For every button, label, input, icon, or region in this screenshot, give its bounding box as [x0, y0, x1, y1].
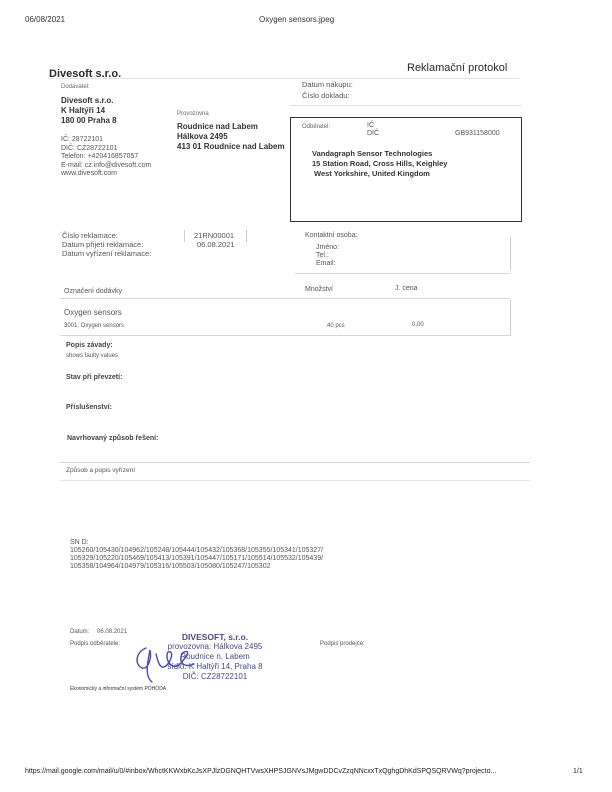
contact-phone-label: Tel.:	[316, 252, 329, 259]
col-unit-price-header: J. cena	[395, 285, 418, 292]
branch-address: Roudnice nad Labem Hálkova 2495 413 01 R…	[177, 122, 285, 152]
divider	[510, 236, 511, 270]
supplier-label: Dodavatel:	[61, 84, 90, 90]
purchase-date-label: Datum nákupu:	[302, 81, 353, 90]
item-designation: 3001: Oxygen sensors	[64, 323, 124, 329]
print-date: 06/08/2021	[25, 15, 65, 24]
serial-numbers-line2: 105329/105220/105469/105413/105391/10544…	[70, 555, 323, 563]
customer-dic-label: DIČ	[367, 130, 379, 137]
supplier-ic: IČ: 28722101	[61, 136, 151, 145]
seller-signature-label: Podpis prodejce:	[320, 641, 365, 647]
contact-email-label: Email:	[316, 260, 335, 267]
divider	[60, 462, 530, 463]
customer-dic-value: GB931158000	[455, 130, 500, 137]
signature-date-value: 06.08.2021	[97, 629, 127, 635]
defect-value: shows faulty values	[66, 353, 118, 359]
customer-address-line1: 15 Station Road, Cross Hills, Keighley	[312, 159, 447, 169]
divider	[510, 300, 511, 336]
supplier-name: Divesoft s.r.o.	[61, 96, 117, 106]
divider	[60, 335, 510, 336]
proposed-solution-label: Navrhovaný způsob řešení:	[67, 435, 158, 442]
supplier-street: K Haltýři 14	[61, 106, 117, 116]
customer-address-line2: West Yorkshire, United Kingdom	[314, 169, 430, 179]
document-title: Reklamační protokol	[407, 62, 507, 74]
divider	[60, 298, 510, 299]
claim-resolved-label: Datum vyřízení reklamace:	[62, 250, 151, 259]
supplier-email: E-mail: cz.info@divesoft.com	[61, 162, 151, 171]
customer-signature-label: Podpis odběratele:	[70, 641, 120, 647]
condition-label: Stav při převzetí:	[66, 374, 122, 381]
item-unit-price: 0,00	[412, 322, 424, 328]
item-quantity: 40 pcs	[327, 323, 345, 329]
supplier-phone: Telefon: +420416857057	[61, 153, 151, 162]
customer-label: Odběratel:	[302, 124, 330, 130]
supplier-info: IČ: 28722101 DIČ: CZ28722101 Telefon: +4…	[61, 136, 151, 179]
print-file-name: Oxygen sensors.jpeg	[259, 15, 334, 24]
item-title: Oxygen sensors	[64, 308, 122, 317]
defect-label: Popis závady:	[66, 342, 113, 349]
contact-name-label: Jméno:	[316, 244, 339, 251]
signature-date: Datum: 06.08.2021	[70, 629, 127, 635]
signature-date-label: Datum:	[70, 629, 89, 635]
customer-ic-label: IČ	[367, 122, 374, 129]
col-quantity-header: Množství	[305, 286, 333, 293]
customer-name: Vandagraph Sensor Technologies	[312, 149, 432, 159]
handwritten-signature-icon	[132, 640, 202, 686]
supplier-address: Divesoft s.r.o. K Haltýři 14 180 00 Prah…	[61, 96, 117, 126]
branch-city: 413 01 Roudnice nad Labem	[177, 142, 285, 152]
branch-street: Hálkova 2495	[177, 132, 285, 142]
customer-box: Odběratel: IČ DIČ GB931158000 Vandagraph…	[290, 117, 522, 222]
divider	[60, 480, 530, 481]
serial-numbers-line3: 105358/104964/104979/105316/105503/10508…	[70, 563, 270, 571]
software-note: Ekonomický a informační systém POHODA	[70, 686, 166, 692]
claim-received-value: 06.08.2021	[197, 241, 235, 250]
branch-label: Provozovna	[177, 111, 209, 117]
divider	[246, 230, 247, 242]
contact-label: Kontaktní osoba:	[305, 232, 358, 239]
resolution-label: Způsob a popis vyřízení	[66, 467, 135, 474]
divider	[290, 105, 522, 106]
divider	[295, 273, 511, 274]
serial-numbers-label: SN D:	[70, 539, 89, 547]
supplier-web: www.divesoft.com	[61, 170, 151, 179]
purchase-doc-label: Číslo dokladu:	[302, 92, 350, 101]
divider	[184, 230, 185, 242]
branch-name: Roudnice nad Labem	[177, 122, 285, 132]
accessories-label: Příslušenství:	[66, 404, 112, 411]
print-url: https://mail.google.com/mail/u/0/#inbox/…	[25, 768, 496, 775]
supplier-city: 180 00 Praha 8	[61, 116, 117, 126]
supplier-dic: DIČ: CZ28722101	[61, 145, 151, 154]
print-page-number: 1/1	[573, 768, 583, 775]
serial-numbers-line1: 105260/105430/104962/105248/105444/10543…	[70, 547, 323, 555]
divider	[49, 78, 519, 79]
col-designation-header: Označení dodávky	[64, 288, 122, 295]
